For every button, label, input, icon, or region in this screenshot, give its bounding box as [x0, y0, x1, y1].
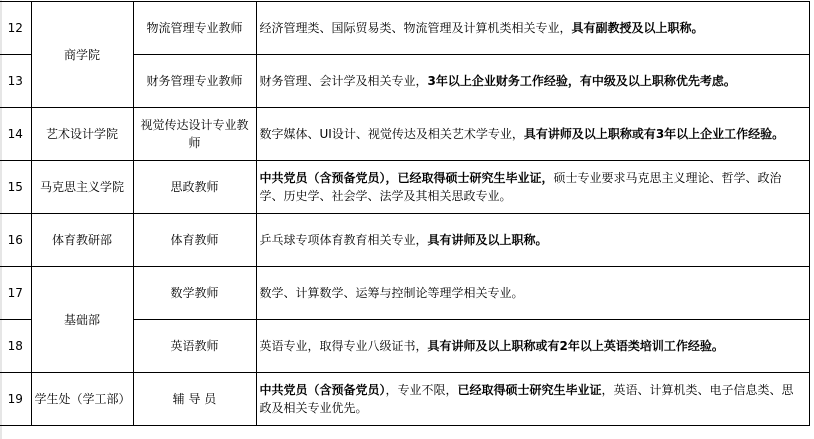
- requirements-cell: 数字媒体、UI设计、视觉传达及相关艺术学专业，具有讲师及以上职称或有3年以上企业…: [256, 108, 809, 161]
- department-cell: 艺术设计学院: [31, 108, 133, 161]
- requirements-cell: 财务管理、会计学及相关专业，3年以上企业财务工作经验，有中级及以上职称优先考虑。: [256, 55, 809, 108]
- position-cell: 视觉传达设计专业教师: [133, 108, 256, 161]
- requirements-cell: 乒乓球专项体育教育相关专业，具有讲师及以上职称。: [256, 214, 809, 267]
- row-number: 15: [0, 161, 31, 214]
- department-cell: 学生处（学工部）: [31, 373, 133, 426]
- table-row: 19 学生处（学工部） 辅 导 员 中共党员（含预备党员），专业不限，已经取得硕…: [0, 373, 809, 426]
- requirements-cell: 英语专业，取得专业八级证书，具有讲师及以上职称或有2年以上英语类培训工作经验。: [256, 320, 809, 373]
- table-row: 15 马克思主义学院 思政教师 中共党员（含预备党员），已经取得硕士研究生毕业证…: [0, 161, 809, 214]
- position-cell: 英语教师: [133, 320, 256, 373]
- requirements-cell: 中共党员（含预备党员），已经取得硕士研究生毕业证，硕士专业要求马克思主义理论、哲…: [256, 161, 809, 214]
- row-number: 16: [0, 214, 31, 267]
- row-number: 14: [0, 108, 31, 161]
- table-row: 12 商学院 物流管理专业教师 经济管理类、国际贸易类、物流管理及计算机类相关专…: [0, 2, 809, 55]
- row-number: 18: [0, 320, 31, 373]
- position-cell: 体育教师: [133, 214, 256, 267]
- position-cell: 思政教师: [133, 161, 256, 214]
- row-number: 13: [0, 55, 31, 108]
- row-number: 12: [0, 2, 31, 55]
- department-cell: 马克思主义学院: [31, 161, 133, 214]
- row-number: 19: [0, 373, 31, 426]
- requirements-cell: 中共党员（含预备党员），专业不限，已经取得硕士研究生毕业证，英语、计算机类、电子…: [256, 373, 809, 426]
- department-cell: 商学院: [31, 2, 133, 108]
- position-cell: 财务管理专业教师: [133, 55, 256, 108]
- position-cell: 辅 导 员: [133, 373, 256, 426]
- table-row: 17 基础部 数学教师 数学、计算数学、运筹与控制论等理学相关专业。: [0, 267, 809, 320]
- table-row: 14 艺术设计学院 视觉传达设计专业教师 数字媒体、UI设计、视觉传达及相关艺术…: [0, 108, 809, 161]
- row-number: 17: [0, 267, 31, 320]
- position-cell: 数学教师: [133, 267, 256, 320]
- department-cell: 体育教研部: [31, 214, 133, 267]
- table-row: 16 体育教研部 体育教师 乒乓球专项体育教育相关专业，具有讲师及以上职称。: [0, 214, 809, 267]
- requirements-cell: 数学、计算数学、运筹与控制论等理学相关专业。: [256, 267, 809, 320]
- position-cell: 物流管理专业教师: [133, 2, 256, 55]
- recruitment-table: 12 商学院 物流管理专业教师 经济管理类、国际贸易类、物流管理及计算机类相关专…: [0, 1, 810, 426]
- department-cell: 基础部: [31, 267, 133, 373]
- requirements-cell: 经济管理类、国际贸易类、物流管理及计算机类相关专业，具有副教授及以上职称。: [256, 2, 809, 55]
